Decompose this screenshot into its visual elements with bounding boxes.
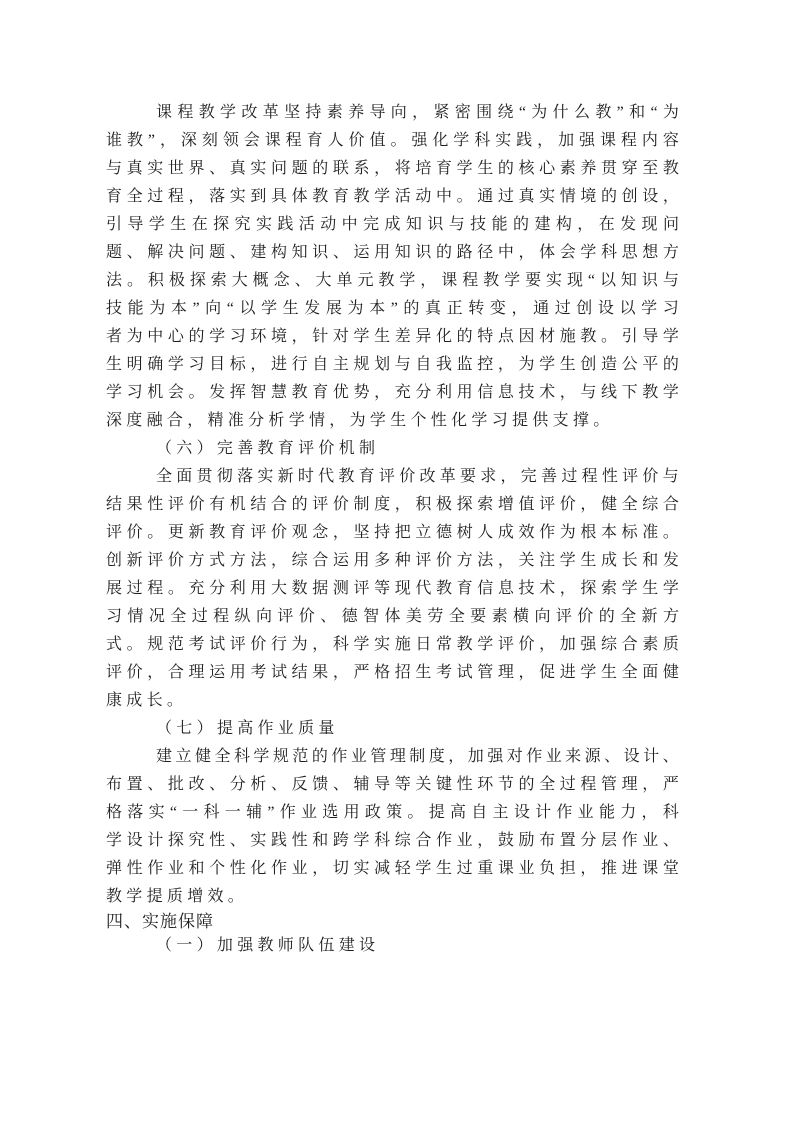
text-line: 全面贯彻落实新时代教育评价改革要求，完善过程性评价与 [106, 463, 679, 491]
text-line: 创新评价方式方法，综合运用多种评价方法，关注学生成长和发 [106, 547, 679, 575]
text-line: 布置、批改、分析、反馈、辅导等关键性环节的全过程管理，严 [106, 771, 679, 799]
text-line: 学习机会。发挥智慧教育优势，充分利用信息技术，与线下教学 [106, 379, 679, 407]
text-line: 弹性作业和个性化作业，切实减轻学生过重课业负担，推进课堂 [106, 855, 679, 883]
text-line: 谁教”，深刻领会课程育人价值。强化学科实践，加强课程内容 [106, 127, 679, 155]
text-line: 技能为本”向“以学生发展为本”的真正转变，通过创设以学习 [106, 295, 679, 323]
text-line: 法。积极探索大概念、大单元教学，课程教学要实现“以知识与 [106, 267, 679, 295]
text-line: （六）完善教育评价机制 [106, 435, 679, 463]
text-line: 学设计探究性、实践性和跨学科综合作业，鼓励布置分层作业、 [106, 827, 679, 855]
text-line: 生明确学习目标，进行自主规划与自我监控，为学生创造公平的 [106, 351, 679, 379]
text-line: 课程教学改革坚持素养导向，紧密围绕“为什么教”和“为 [106, 99, 679, 127]
text-line: 评价。更新教育评价观念，坚持把立德树人成效作为根本标准。 [106, 519, 679, 547]
text-line: 者为中心的学习环境，针对学生差异化的特点因材施教。引导学 [106, 323, 679, 351]
text-line: 习情况全过程纵向评价、德智体美劳全要素横向评价的全新方 [106, 603, 679, 631]
text-line: （七）提高作业质量 [106, 715, 679, 743]
text-line: 育全过程，落实到具体教育教学活动中。通过真实情境的创设， [106, 183, 679, 211]
text-line: 评价，合理运用考试结果，严格招生考试管理，促进学生全面健 [106, 659, 679, 687]
text-line: 与真实世界、真实问题的联系，将培育学生的核心素养贯穿至教 [106, 155, 679, 183]
text-line: 教学提质增效。 [106, 883, 679, 911]
document-text-block: 课程教学改革坚持素养导向，紧密围绕“为什么教”和“为谁教”，深刻领会课程育人价值… [106, 99, 679, 960]
text-line: 式。规范考试评价行为，科学实施日常教学评价，加强综合素质 [106, 631, 679, 659]
text-line: 展过程。充分利用大数据测评等现代教育信息技术，探索学生学 [106, 575, 679, 603]
text-line: 深度融合，精准分析学情，为学生个性化学习提供支撑。 [106, 407, 679, 435]
text-line: 建立健全科学规范的作业管理制度，加强对作业来源、设计、 [106, 743, 679, 771]
text-line: （一）加强教师队伍建设 [106, 932, 679, 960]
text-line: 康成长。 [106, 687, 679, 715]
text-line: 格落实“一科一辅”作业选用政策。提高自主设计作业能力，科 [106, 799, 679, 827]
document-page: 课程教学改革坚持素养导向，紧密围绕“为什么教”和“为谁教”，深刻领会课程育人价值… [0, 0, 793, 1122]
text-line: 结果性评价有机结合的评价制度，积极探索增值评价，健全综合 [106, 491, 679, 519]
section-heading-line: 四、实施保障 [106, 911, 679, 932]
text-line: 题、解决问题、建构知识、运用知识的路径中，体会学科思想方 [106, 239, 679, 267]
text-line: 引导学生在探究实践活动中完成知识与技能的建构，在发现问 [106, 211, 679, 239]
